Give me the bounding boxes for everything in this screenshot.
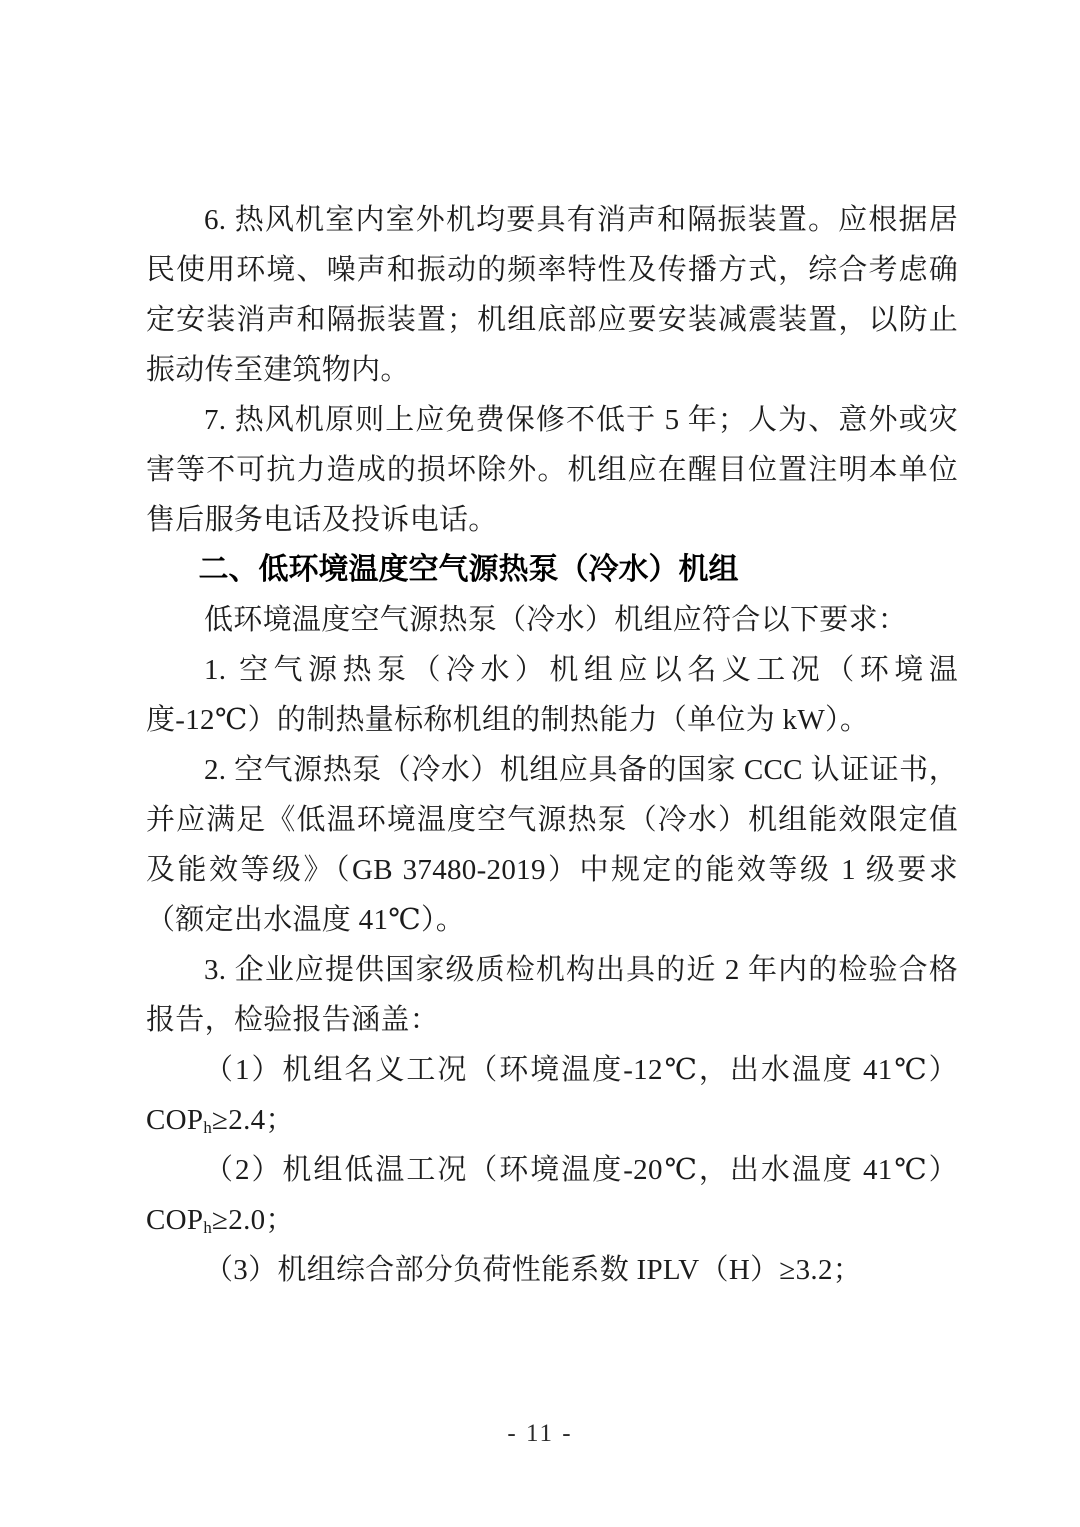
subitem-1-threshold: ≥2.4； — [212, 1104, 295, 1136]
document-page: 6. 热风机室内室外机均要具有消声和隔振装置。应根据居民使用环境、噪声和振动的频… — [0, 0, 1080, 1527]
paragraph-section-intro: 低环境温度空气源热泵（冷水）机组应符合以下要求： — [146, 595, 958, 645]
paragraph-subitem-2-cop-low-temp: （2）机组低温工况（环境温度-20℃，出水温度 41℃）COPh≥2.0； — [146, 1145, 958, 1245]
cop-subscript-h: h — [203, 1218, 212, 1237]
paragraph-item-2-ccc-certification: 2. 空气源热泵（冷水）机组应具备的国家 CCC 认证证书，并应满足《低温环境温… — [146, 745, 958, 945]
document-content: 6. 热风机室内室外机均要具有消声和隔振装置。应根据居民使用环境、噪声和振动的频… — [146, 195, 958, 1295]
page-number: - 11 - — [0, 1418, 1080, 1450]
paragraph-item-1-rated-capacity: 1. 空气源热泵（冷水）机组应以名义工况（环境温度-12℃）的制热量标称机组的制… — [146, 645, 958, 745]
paragraph-subitem-1-cop-nominal: （1）机组名义工况（环境温度-12℃，出水温度 41℃）COPh≥2.4； — [146, 1045, 958, 1145]
cop-subscript-h: h — [203, 1118, 212, 1137]
section-heading-low-temp-heat-pump: 二、低环境温度空气源热泵（冷水）机组 — [146, 545, 958, 595]
paragraph-item-6-noise-damping: 6. 热风机室内室外机均要具有消声和隔振装置。应根据居民使用环境、噪声和振动的频… — [146, 195, 958, 395]
paragraph-item-3-inspection-report: 3. 企业应提供国家级质检机构出具的近 2 年内的检验合格报告，检验报告涵盖： — [146, 945, 958, 1045]
paragraph-item-7-warranty: 7. 热风机原则上应免费保修不低于 5 年；人为、意外或灾害等不可抗力造成的损坏… — [146, 395, 958, 545]
paragraph-subitem-3-iplv: （3）机组综合部分负荷性能系数 IPLV（H）≥3.2； — [146, 1245, 958, 1295]
subitem-2-threshold: ≥2.0； — [212, 1204, 295, 1236]
